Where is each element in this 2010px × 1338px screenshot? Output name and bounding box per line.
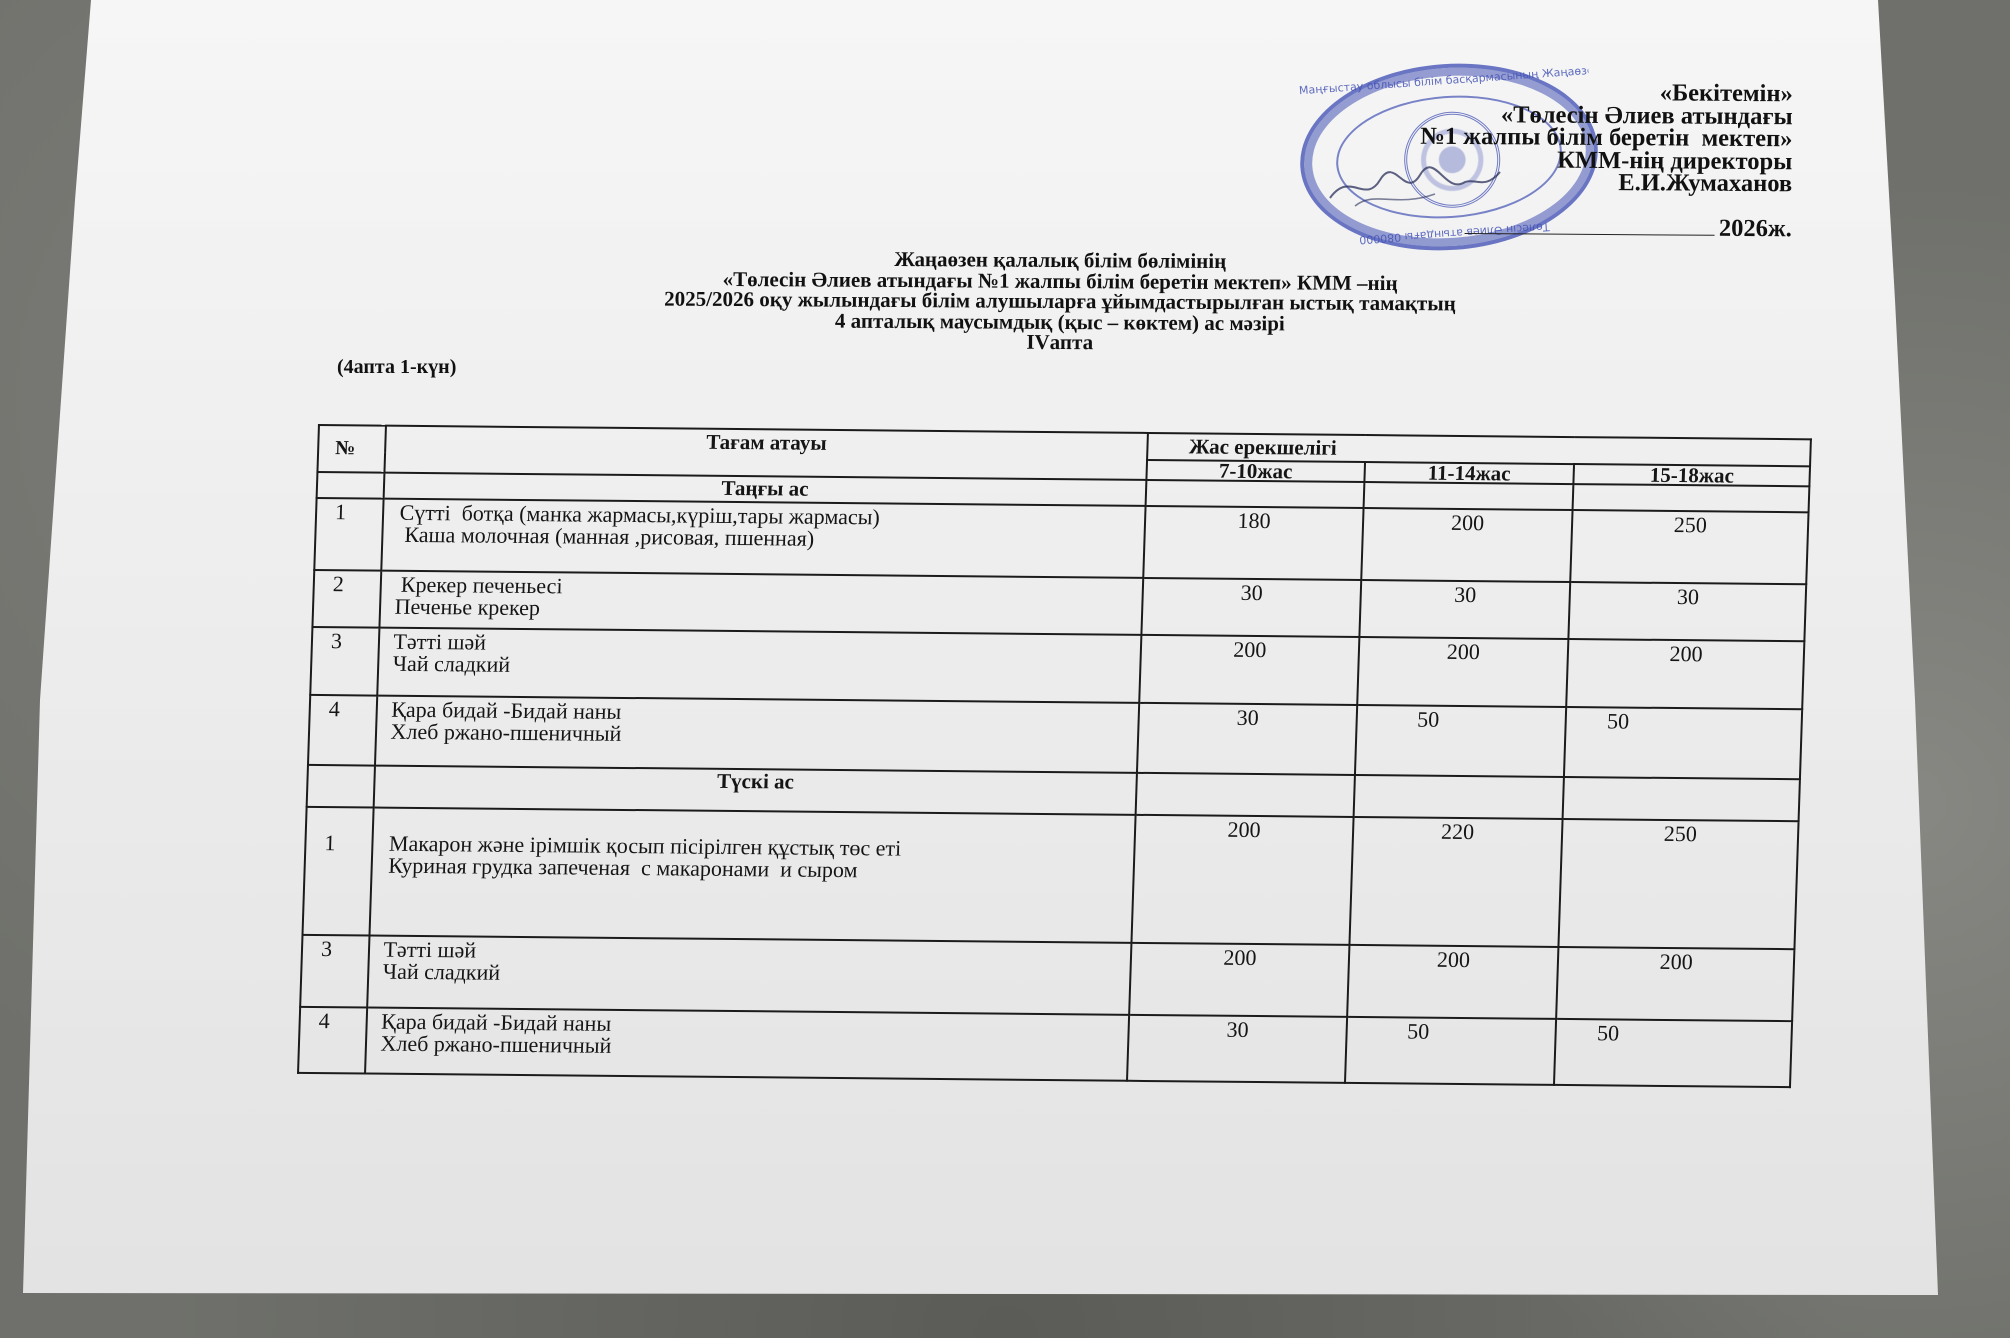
portion-7-10: 30 xyxy=(1127,1015,1346,1083)
portion-7-10: 30 xyxy=(1137,703,1356,775)
document-heading: Жаңаөзен қалалық білім бөлімінің «Төлесі… xyxy=(360,246,1761,357)
section-title: Түскі ас xyxy=(373,766,1137,815)
table-cell xyxy=(307,765,375,808)
approval-date-year: 2026ж. xyxy=(1719,215,1792,243)
menu-table: № Тағам атауы Жас ерекшелігі 7-10жас 11-… xyxy=(297,424,1812,1088)
table-cell xyxy=(1363,482,1574,510)
portion-15-18: 200 xyxy=(1557,947,1795,1021)
portion-15-18: 30 xyxy=(1569,582,1806,641)
table-row: 4 Қара бидай -Бидай наны Хлеб ржано-пшен… xyxy=(298,1007,1792,1087)
portion-11-14: 30 xyxy=(1359,580,1571,639)
table-cell xyxy=(1136,773,1354,817)
portion-11-14: 200 xyxy=(1361,508,1573,582)
portion-11-14: 200 xyxy=(1357,637,1569,707)
portion-15-18: 50 xyxy=(1554,1019,1792,1087)
day-label: (4апта 1-күн) xyxy=(337,356,456,379)
table-cell xyxy=(1563,777,1800,821)
header-age-15-18: 15-18жас xyxy=(1574,464,1810,486)
dish-name: Крекер печеньесі Печенье крекер xyxy=(379,571,1144,635)
dish-name: Тәтті шәй Чай сладкий xyxy=(377,628,1142,703)
table-cell xyxy=(317,472,384,499)
header-age-11-14: 11-14жас xyxy=(1364,462,1575,484)
portion-7-10: 30 xyxy=(1142,578,1361,637)
header-dish-name: Тағам атауы xyxy=(384,426,1148,480)
portion-7-10: 200 xyxy=(1132,815,1353,945)
table-row: 1 Макарон және ірімшік қосып пісірілген … xyxy=(302,807,1798,949)
portion-15-18: 200 xyxy=(1567,639,1805,709)
header-age-7-10: 7-10жас xyxy=(1147,460,1365,482)
dish-name: Макарон және ірімшік қосып пісірілген құ… xyxy=(369,808,1136,943)
portion-15-18: 250 xyxy=(1571,510,1809,584)
approval-block: «Бекітемін» «Төлесін Әлиев атындағы №1 ж… xyxy=(1419,81,1792,264)
dish-name: Тәтті шәй Чай сладкий xyxy=(367,936,1132,1015)
row-number: 3 xyxy=(310,627,379,696)
table-cell xyxy=(1573,484,1809,512)
portion-11-14: 50 xyxy=(1344,1017,1556,1085)
portion-15-18: 50 xyxy=(1564,707,1802,779)
row-number: 4 xyxy=(298,1007,367,1074)
portion-7-10: 200 xyxy=(1140,635,1359,705)
portion-11-14: 220 xyxy=(1349,817,1563,947)
table-cell xyxy=(1353,775,1564,819)
table-cell xyxy=(1146,480,1364,508)
dish-name: Қара бидай -Бидай наны Хлеб ржано-пшенич… xyxy=(375,696,1140,773)
portion-7-10: 180 xyxy=(1144,506,1363,580)
approval-line-4: Е.И.Жумаханов xyxy=(1420,171,1792,196)
portion-7-10: 200 xyxy=(1130,943,1349,1017)
row-number: 3 xyxy=(300,935,369,1008)
portion-11-14: 200 xyxy=(1347,945,1559,1019)
dish-name: Сүтті ботқа (манка жармасы,күріш,тары жа… xyxy=(381,499,1146,578)
date-blank xyxy=(1465,217,1715,236)
row-number: 2 xyxy=(312,570,380,628)
row-number: 1 xyxy=(302,807,373,936)
portion-11-14: 50 xyxy=(1354,705,1566,777)
row-number: 1 xyxy=(314,498,383,571)
dish-name: Қара бидай -Бидай наны Хлеб ржано-пшенич… xyxy=(365,1007,1130,1080)
header-number: № xyxy=(317,425,385,473)
row-number: 4 xyxy=(308,695,377,766)
portion-15-18: 250 xyxy=(1559,819,1799,949)
